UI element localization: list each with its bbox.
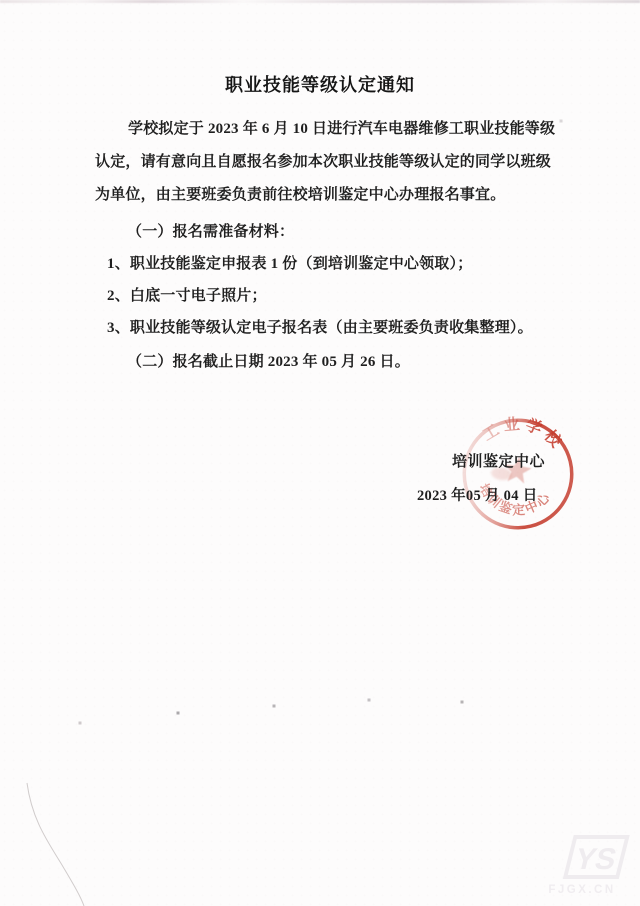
stamp-arc-text-top: 工业学校 xyxy=(478,412,571,455)
material-item-1: 1、职业技能鉴定申报表 1 份（到培训鉴定中心领取）； xyxy=(107,252,472,273)
watermark-logo-glyphs: YS xyxy=(572,842,620,875)
body-line-3: 为单位，由主要班委负责前往校培训鉴定中心办理报名事宜。 xyxy=(95,183,505,204)
scan-artifact-hairline xyxy=(0,770,120,906)
section-2-deadline: （二）报名截止日期 2023 年 05 月 26 日。 xyxy=(127,350,410,371)
scan-artifact-top-edge xyxy=(0,0,640,3)
svg-text:工业学校: 工业学校 xyxy=(478,412,571,455)
material-item-2: 2、白底一寸电子照片； xyxy=(107,284,267,305)
watermark-logo: YS FJGX.CN xyxy=(548,834,640,898)
watermark: YS FJGX.CN xyxy=(548,834,640,898)
section-1-heading: （一）报名需准备材料： xyxy=(127,220,294,241)
official-stamp: 工业学校 培训鉴定中心 xyxy=(456,412,580,536)
stamp-graphic: 工业学校 培训鉴定中心 xyxy=(456,412,580,536)
material-item-3: 3、职业技能等级认定电子报名表（由主要班委负责收集整理）。 xyxy=(107,316,533,337)
signature-name: 培训鉴定中心 xyxy=(452,450,545,471)
body-line-2: 认定，请有意向且自愿报名参加本次职业技能等级认定的同学以班级 xyxy=(95,150,551,171)
notice-title: 职业技能等级认定通知 xyxy=(0,71,640,97)
signature-date: 2023 年05 月 04 日 xyxy=(417,484,538,505)
scan-artifact-speckles xyxy=(0,0,2,2)
scanned-notice-page: 职业技能等级认定通知 学校拟定于 2023 年 6 月 10 日进行汽车电器维修… xyxy=(0,0,640,906)
watermark-text: FJGX.CN xyxy=(548,884,615,896)
body-line-1: 学校拟定于 2023 年 6 月 10 日进行汽车电器维修工职业技能等级 xyxy=(128,117,555,138)
